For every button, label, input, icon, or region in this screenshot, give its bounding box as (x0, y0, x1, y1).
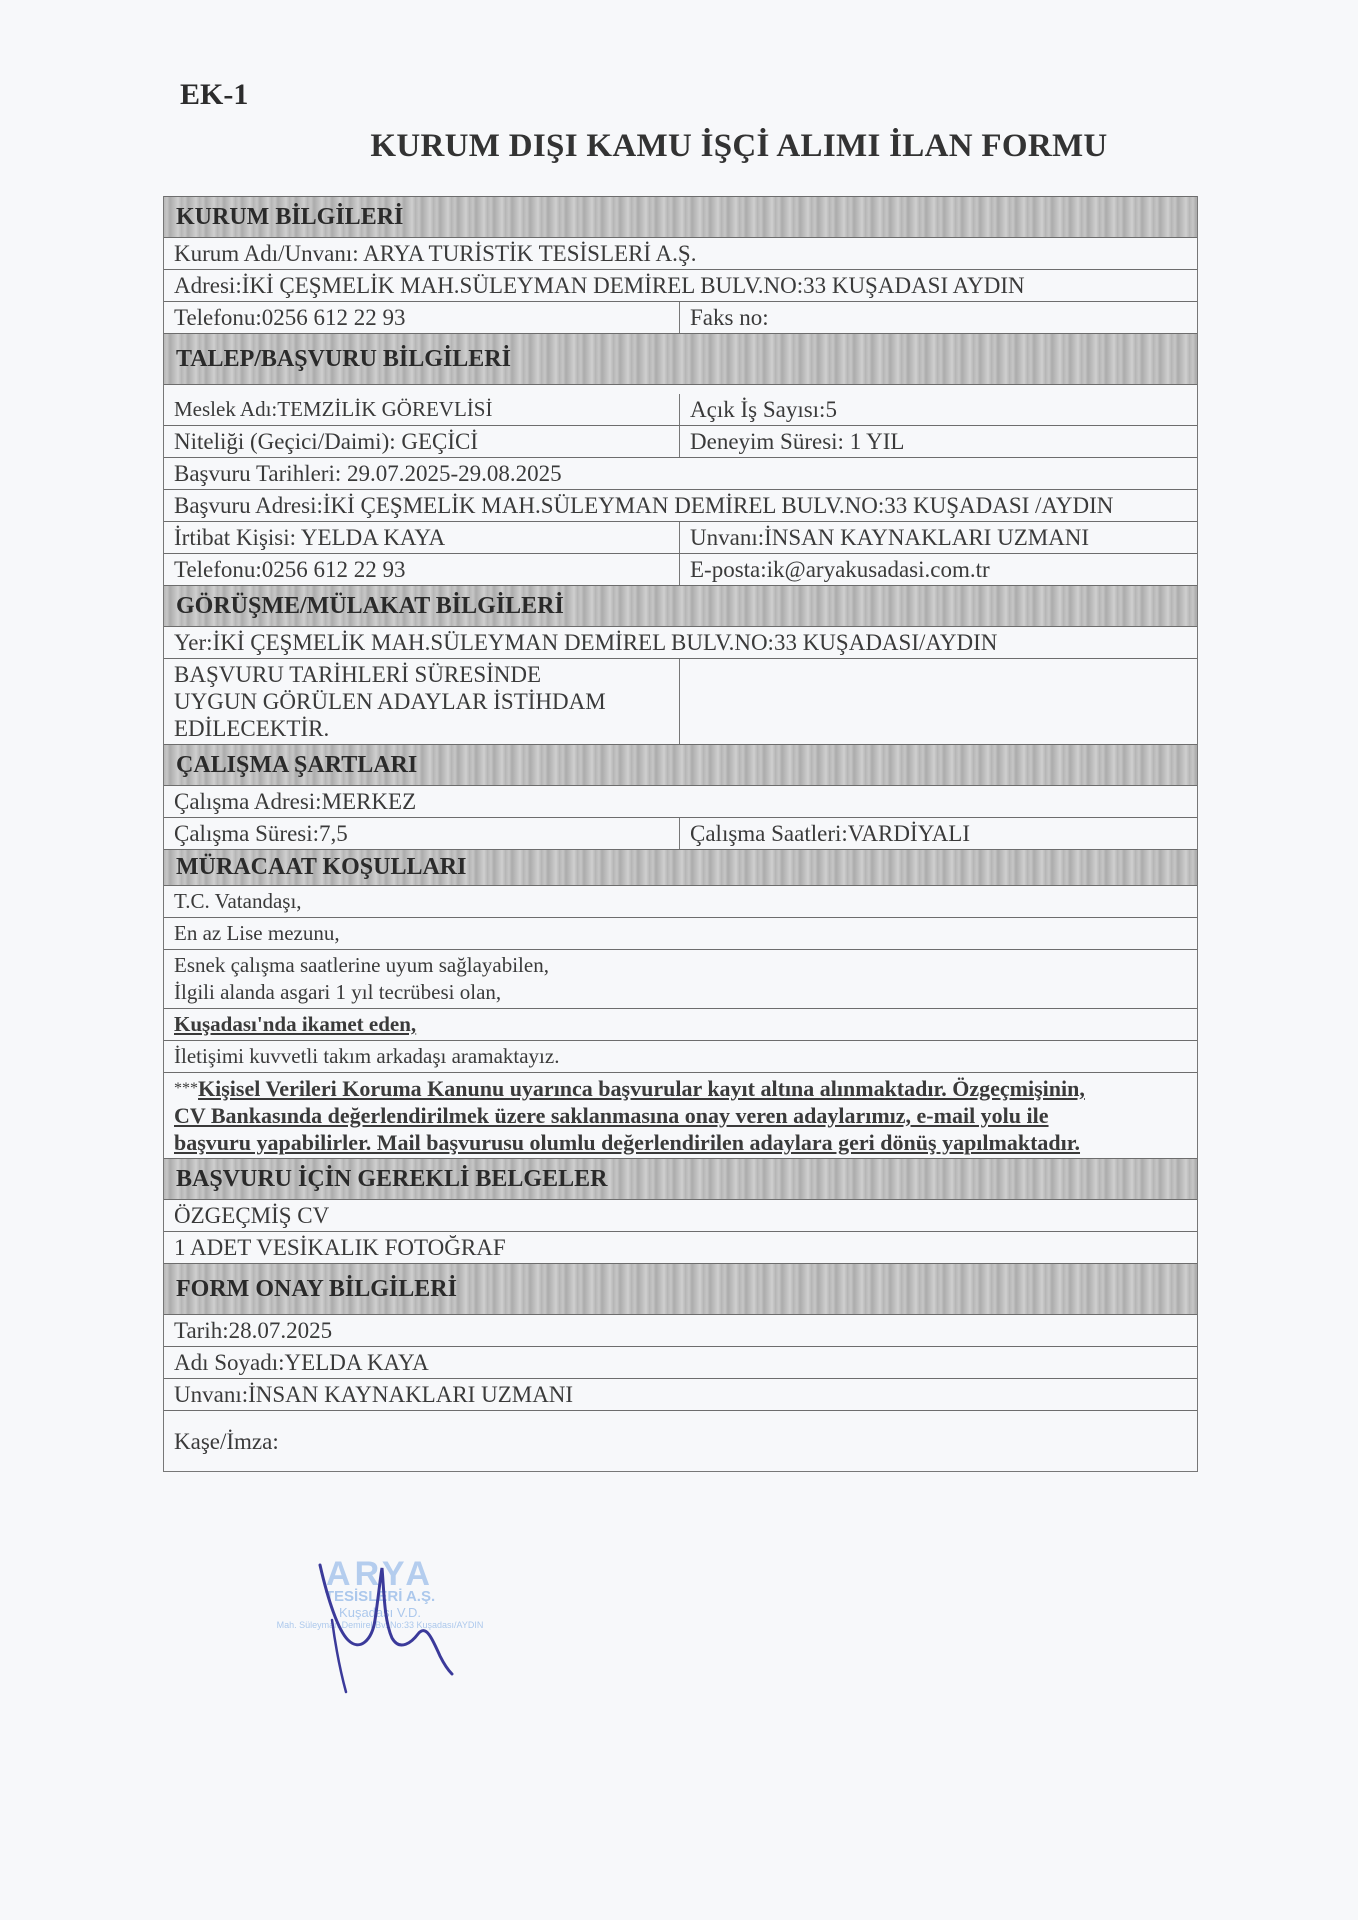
field-row: Meslek Adı:TEMZİLİK GÖREVLİSİ Açık İş Sa… (164, 384, 1197, 425)
requirement-row: T.C. Vatandaşı, (164, 885, 1197, 917)
gorusme-not-line: BAŞVURU TARİHLERİ SÜRESİNDE (174, 661, 669, 688)
gorusme-empty-cell (680, 659, 1197, 744)
kurum-telefon: Telefonu:0256 612 22 93 (164, 302, 680, 333)
irtibat-unvan: Unvanı:İNSAN KAYNAKLARI UZMANI (680, 522, 1197, 553)
required-document: 1 ADET VESİKALIK FOTOĞRAF (164, 1232, 1197, 1263)
calisma-adresi: Çalışma Adresi:MERKEZ (164, 786, 1197, 817)
irtibat-eposta[interactable]: E-posta:ik@aryakusadasi.com.tr (680, 554, 1197, 585)
onay-tarih: Tarih:28.07.2025 (164, 1315, 1197, 1346)
field-row: Adı Soyadı:YELDA KAYA (164, 1346, 1197, 1378)
section-title: TALEP/BAŞVURU BİLGİLERİ (164, 342, 1197, 377)
field-row: Çalışma Süresi:7,5 Çalışma Saatleri:VARD… (164, 817, 1197, 849)
section-header-belgeler: BAŞVURU İÇİN GEREKLİ BELGELER (164, 1158, 1197, 1199)
requirement-item: İlgili alanda asgari 1 yıl tecrübesi ola… (174, 979, 1187, 1006)
requirement-row: Esnek çalışma saatlerine uyum sağlayabil… (164, 949, 1197, 1008)
document-row: 1 ADET VESİKALIK FOTOĞRAF (164, 1231, 1197, 1263)
section-header-onay: FORM ONAY BİLGİLERİ (164, 1263, 1197, 1314)
notice-text: Kişisel Verileri Koruma Kanunu uyarınca … (174, 1076, 1085, 1155)
onay-unvan: Unvanı:İNSAN KAYNAKLARI UZMANI (164, 1379, 1197, 1410)
requirement-item: T.C. Vatandaşı, (164, 886, 1197, 917)
job-posting-form: KURUM BİLGİLERİ Kurum Adı/Unvanı: ARYA T… (163, 196, 1198, 1472)
requirement-item: Esnek çalışma saatlerine uyum sağlayabil… (174, 952, 1187, 979)
section-header-muracaat: MÜRACAAT KOŞULLARI (164, 849, 1197, 885)
field-row: Telefonu:0256 612 22 93 Faks no: (164, 301, 1197, 333)
kurum-faks: Faks no: (680, 302, 1197, 333)
notice-prefix: *** (174, 1080, 198, 1097)
field-row: Başvuru Adresi:İKİ ÇEŞMELİK MAH.SÜLEYMAN… (164, 489, 1197, 521)
kurum-adi: Kurum Adı/Unvanı: ARYA TURİSTİK TESİSLER… (164, 238, 1197, 269)
calisma-suresi: Çalışma Süresi:7,5 (164, 818, 680, 849)
niteligi: Niteliği (Geçici/Daimi): GEÇİCİ (164, 426, 680, 457)
calisma-saatleri: Çalışma Saatleri:VARDİYALI (680, 818, 1197, 849)
requirement-item: En az Lise mezunu, (164, 918, 1197, 949)
requirement-item-group: Esnek çalışma saatlerine uyum sağlayabil… (164, 950, 1197, 1008)
gorusme-yer: Yer:İKİ ÇEŞMELİK MAH.SÜLEYMAN DEMİREL BU… (164, 627, 1197, 658)
kvkk-notice-row: ***Kişisel Verileri Koruma Kanunu uyarın… (164, 1072, 1197, 1158)
section-title: GÖRÜŞME/MÜLAKAT BİLGİLERİ (164, 589, 1197, 624)
field-row: Kurum Adı/Unvanı: ARYA TURİSTİK TESİSLER… (164, 237, 1197, 269)
page-title: KURUM DIŞI KAMU İŞÇİ ALIMI İLAN FORMU (0, 128, 1358, 165)
section-header-talep: TALEP/BAŞVURU BİLGİLERİ (164, 333, 1197, 384)
requirement-row: Kuşadası'nda ikamet eden, (164, 1008, 1197, 1040)
field-row: Telefonu:0256 612 22 93 E-posta:ik@aryak… (164, 553, 1197, 585)
onay-adi-soyadi: Adı Soyadı:YELDA KAYA (164, 1347, 1197, 1378)
kvkk-notice: ***Kişisel Verileri Koruma Kanunu uyarın… (164, 1073, 1197, 1158)
section-header-gorusme: GÖRÜŞME/MÜLAKAT BİLGİLERİ (164, 585, 1197, 626)
field-row: Başvuru Tarihleri: 29.07.2025-29.08.2025 (164, 457, 1197, 489)
section-title: BAŞVURU İÇİN GEREKLİ BELGELER (164, 1162, 1197, 1197)
field-row: Kaşe/İmza: (164, 1410, 1197, 1471)
requirement-row: İletişimi kuvvetli takım arkadaşı aramak… (164, 1040, 1197, 1072)
deneyim-suresi: Deneyim Süresi: 1 YIL (680, 426, 1197, 457)
section-header-calisma: ÇALIŞMA ŞARTLARI (164, 744, 1197, 785)
requirement-row: En az Lise mezunu, (164, 917, 1197, 949)
field-row: Yer:İKİ ÇEŞMELİK MAH.SÜLEYMAN DEMİREL BU… (164, 626, 1197, 658)
basvuru-tarihleri: Başvuru Tarihleri: 29.07.2025-29.08.2025 (164, 458, 1197, 489)
document-row: ÖZGEÇMİŞ CV (164, 1199, 1197, 1231)
field-row: Tarih:28.07.2025 (164, 1314, 1197, 1346)
kurum-adres: Adresi:İKİ ÇEŞMELİK MAH.SÜLEYMAN DEMİREL… (164, 270, 1197, 301)
gorusme-not-line: UYGUN GÖRÜLEN ADAYLAR İSTİHDAM (174, 688, 669, 715)
field-row: Unvanı:İNSAN KAYNAKLARI UZMANI (164, 1378, 1197, 1410)
field-row: BAŞVURU TARİHLERİ SÜRESİNDE UYGUN GÖRÜLE… (164, 658, 1197, 744)
required-document: ÖZGEÇMİŞ CV (164, 1200, 1197, 1231)
requirement-item: İletişimi kuvvetli takım arkadaşı aramak… (164, 1041, 1197, 1072)
field-row: Adresi:İKİ ÇEŞMELİK MAH.SÜLEYMAN DEMİREL… (164, 269, 1197, 301)
gorusme-not-line: EDİLECEKTİR. (174, 715, 669, 742)
irtibat-kisisi: İrtibat Kişisi: YELDA KAYA (164, 522, 680, 553)
section-header-kurum: KURUM BİLGİLERİ (164, 196, 1197, 237)
field-row: Çalışma Adresi:MERKEZ (164, 785, 1197, 817)
gorusme-not: BAŞVURU TARİHLERİ SÜRESİNDE UYGUN GÖRÜLE… (164, 659, 680, 744)
field-row: Niteliği (Geçici/Daimi): GEÇİCİ Deneyim … (164, 425, 1197, 457)
section-title: FORM ONAY BİLGİLERİ (164, 1272, 1197, 1307)
field-row: İrtibat Kişisi: YELDA KAYA Unvanı:İNSAN … (164, 521, 1197, 553)
section-title: KURUM BİLGİLERİ (164, 200, 1197, 235)
signature-icon (300, 1560, 500, 1700)
meslek-adi: Meslek Adı:TEMZİLİK GÖREVLİSİ (164, 394, 680, 425)
requirement-item: Kuşadası'nda ikamet eden, (164, 1009, 1197, 1040)
section-title: MÜRACAAT KOŞULLARI (164, 850, 1197, 885)
kase-imza: Kaşe/İmza: (164, 1426, 1197, 1457)
basvuru-adresi: Başvuru Adresi:İKİ ÇEŞMELİK MAH.SÜLEYMAN… (164, 490, 1197, 521)
irtibat-telefon: Telefonu:0256 612 22 93 (164, 554, 680, 585)
section-title: ÇALIŞMA ŞARTLARI (164, 748, 1197, 783)
acik-is-sayisi: Açık İş Sayısı:5 (680, 394, 1197, 425)
annex-label: EK-1 (180, 78, 248, 112)
